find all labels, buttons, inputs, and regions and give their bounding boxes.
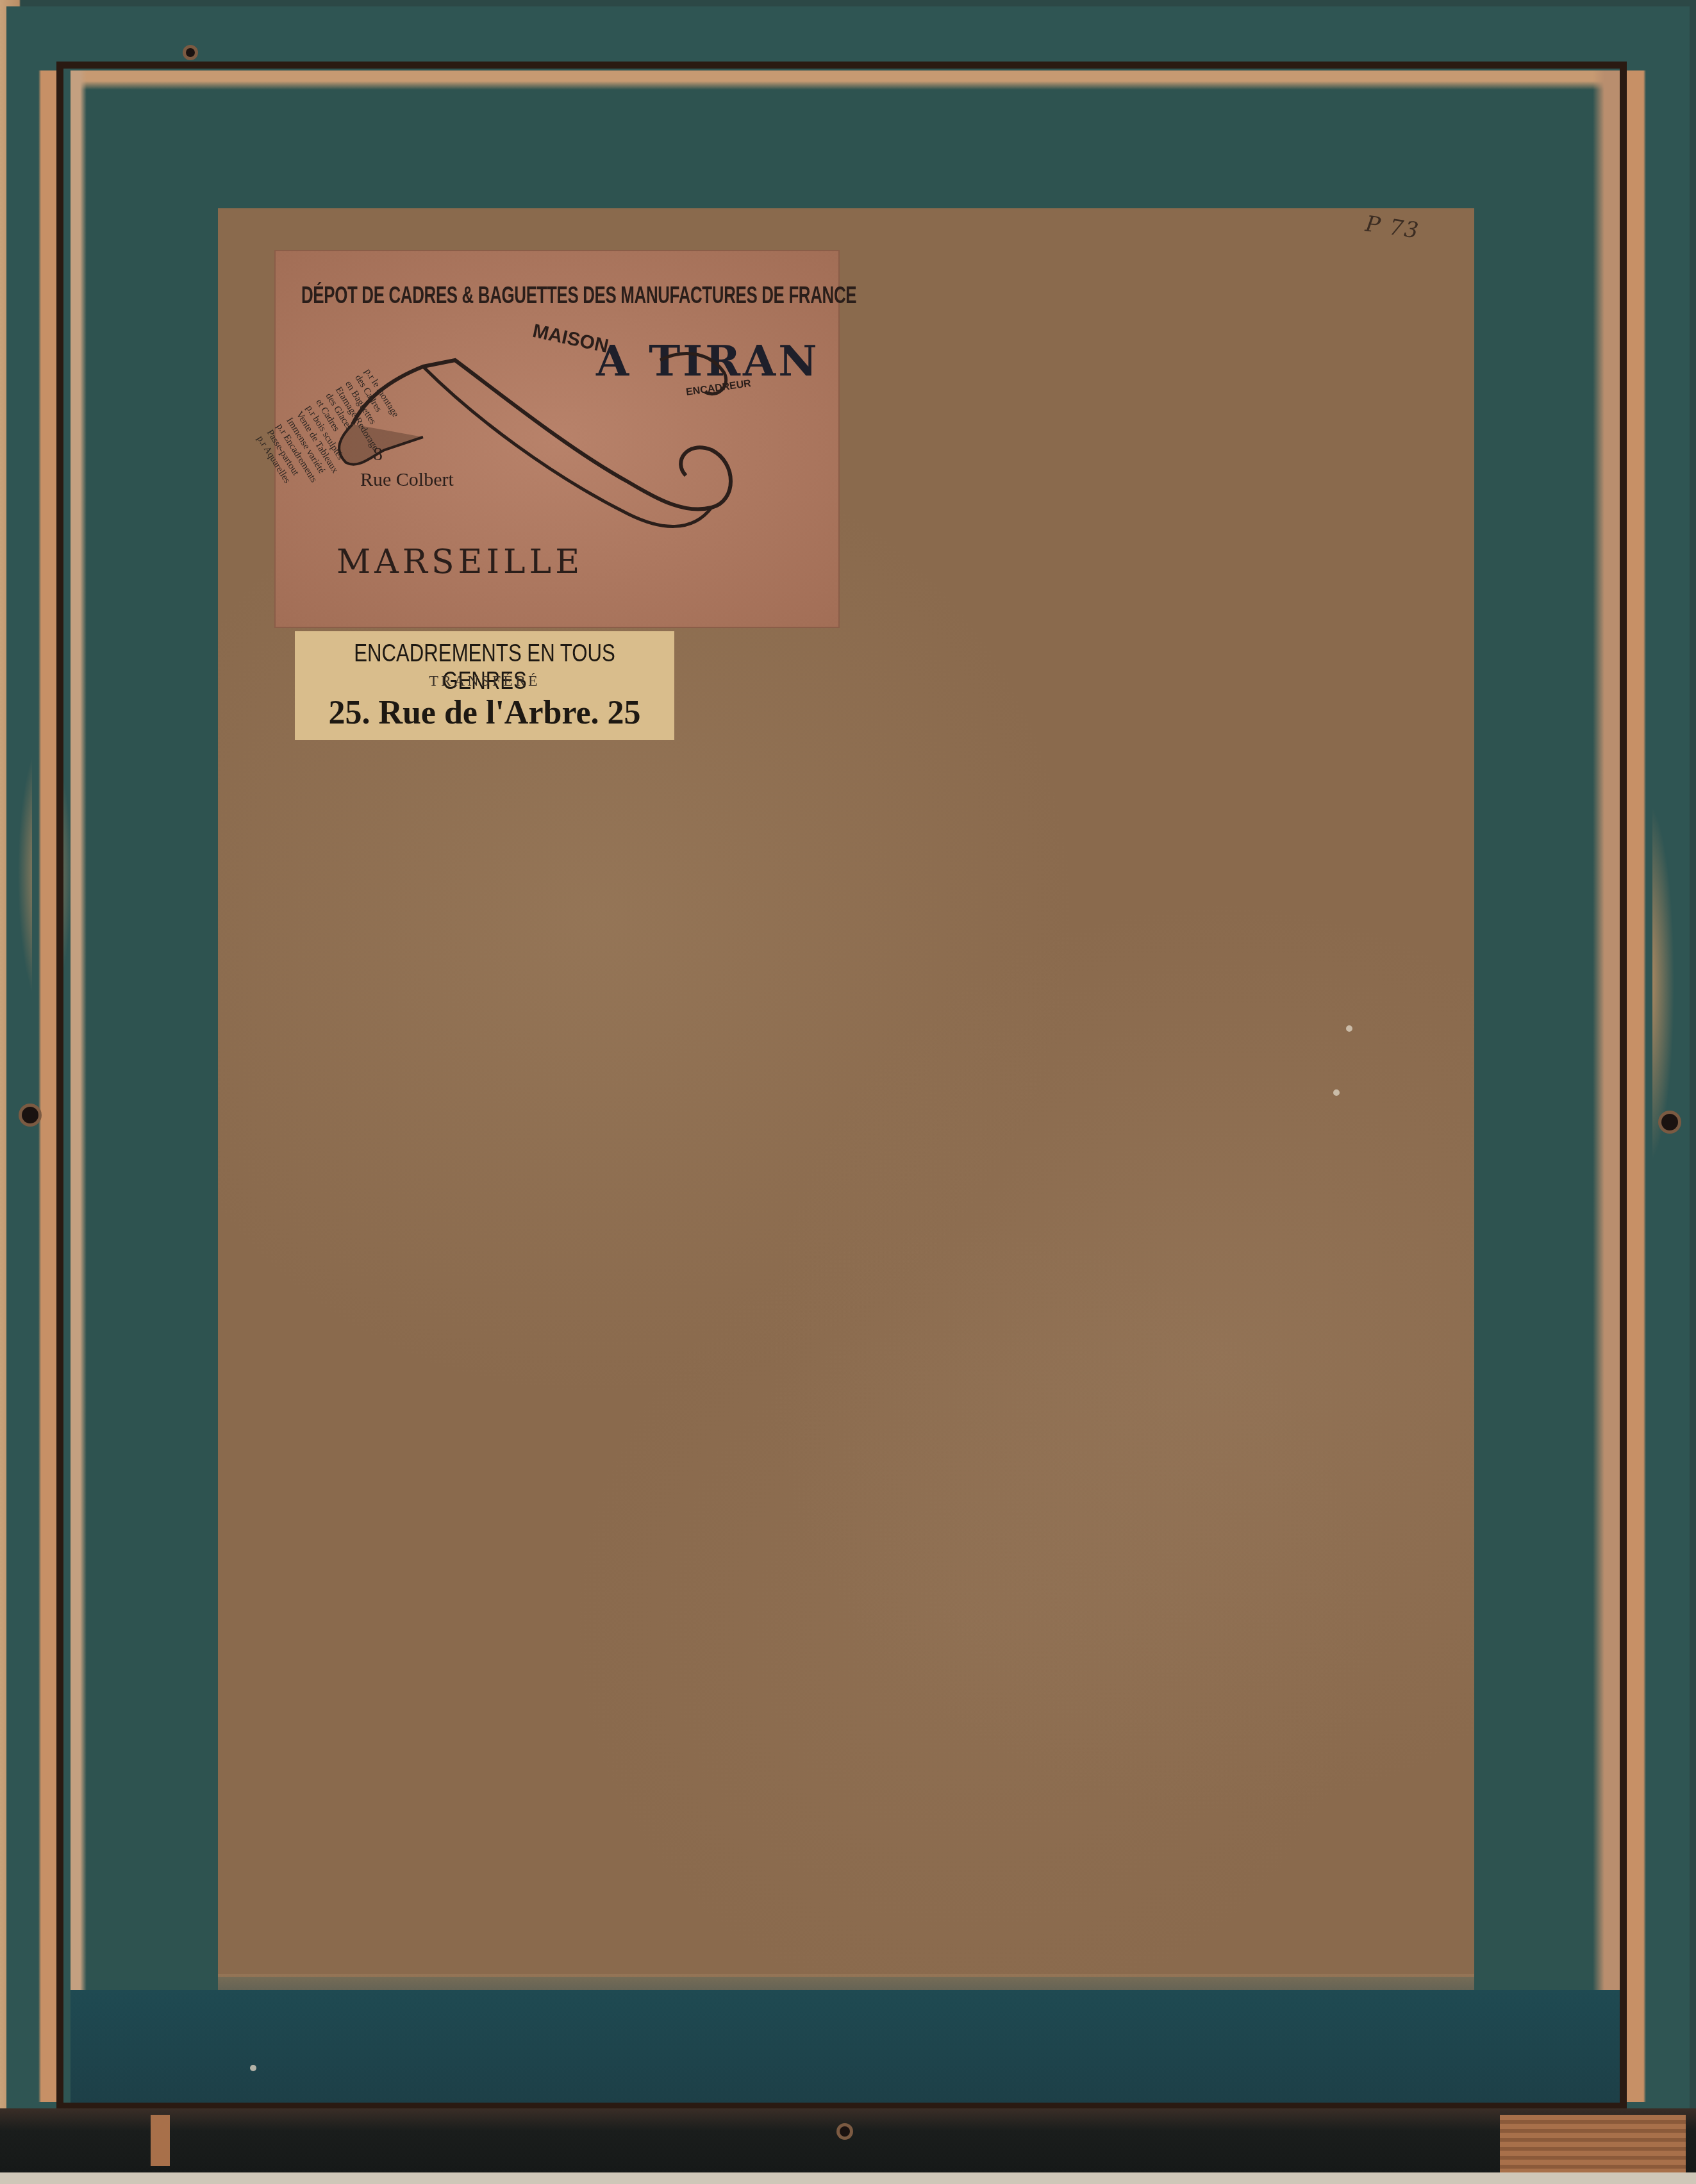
exposed-wood-corner (1500, 2115, 1686, 2176)
exposed-wood-patch (151, 2115, 170, 2166)
frame-bottom-edge (0, 2172, 1696, 2184)
nail-hole-top (186, 48, 195, 57)
screw-hole-left (22, 1107, 38, 1123)
paper-speck (250, 2065, 256, 2071)
label-line-address: 25. Rue de l'Arbre. 25 (295, 694, 674, 732)
label-city: MARSEILLE (337, 543, 583, 581)
label-headline: DÉPOT DE CADRES & BAGUETTES DES MANUFACT… (301, 282, 670, 309)
board-speck (1346, 1025, 1352, 1032)
framer-label-tiran: DÉPOT DE CADRES & BAGUETTES DES MANUFACT… (274, 250, 840, 628)
exposed-wood-right (1627, 70, 1652, 2102)
board-speck (1333, 1089, 1340, 1096)
label-line-transferred: TRANSFÉRÉ (295, 673, 674, 690)
screw-hole-right (1661, 1114, 1678, 1130)
framer-label-transfer: ENCADREMENTS EN TOUS GENRES TRANSFÉRÉ 25… (295, 631, 674, 740)
screw-hole-bottom (840, 2126, 850, 2137)
board-bottom-edge (218, 1974, 1474, 1990)
exposed-wood-left (32, 70, 58, 2102)
label-street-number: 8 (373, 443, 383, 465)
label-street: Rue Colbert (360, 469, 454, 491)
